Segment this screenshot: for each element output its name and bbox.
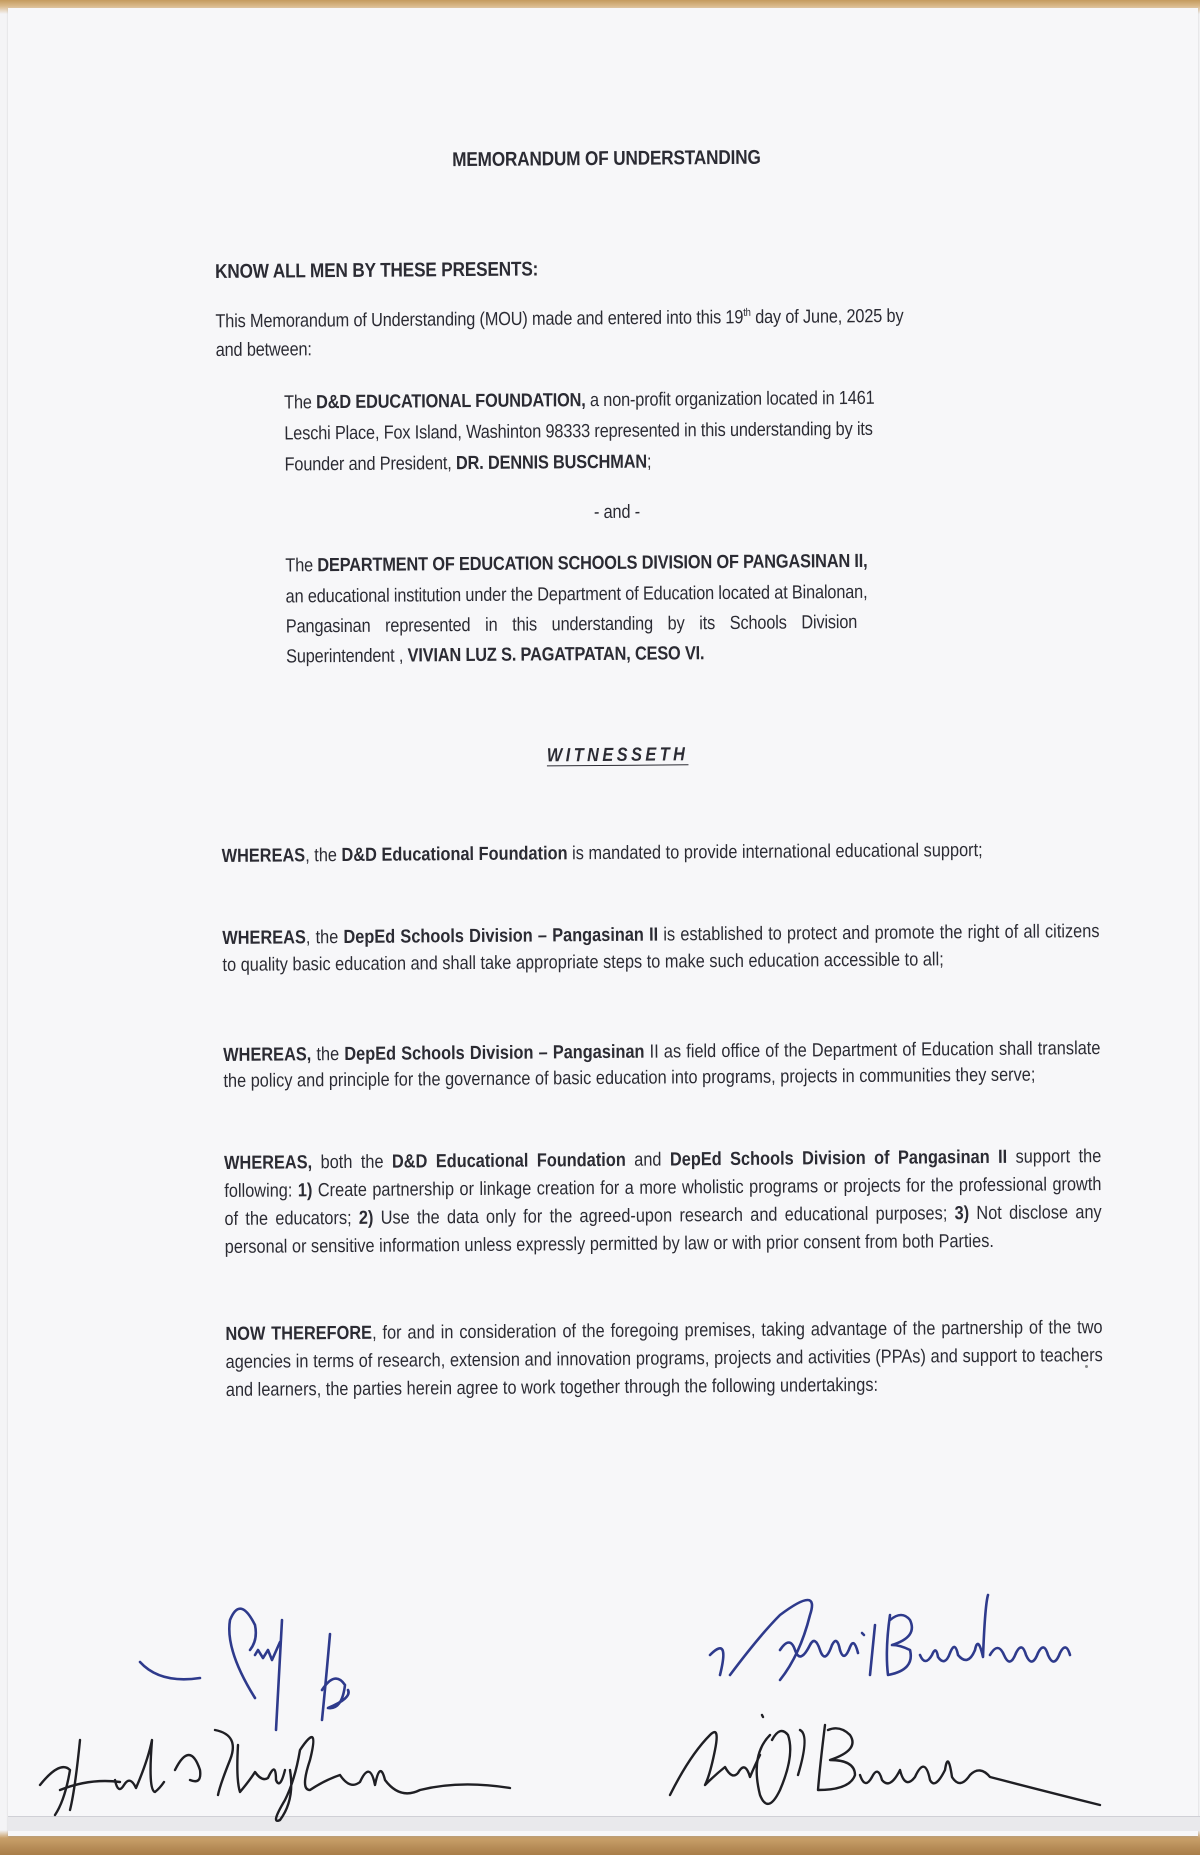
mou-document: MEMORANDUM OF UNDERSTANDING KNOW ALL MEN… bbox=[0, 0, 1193, 5]
and-separator: - and - bbox=[594, 502, 640, 524]
signature-bottom-left bbox=[40, 1700, 560, 1825]
party1-desc: a non-profit organization located in 146… bbox=[586, 388, 875, 411]
party1-role: Founder and President, bbox=[284, 453, 456, 475]
whereas-entity: D&D Educational Foundation bbox=[341, 843, 567, 866]
document-title: MEMORANDUM OF UNDERSTANDING bbox=[452, 147, 761, 172]
whereas-text: and bbox=[626, 1149, 670, 1170]
whereas-clause-3: WHEREAS, the DepEd Schools Division – Pa… bbox=[223, 1035, 1200, 1095]
party1-line-1: The D&D EDUCATIONAL FOUNDATION, a non-pr… bbox=[284, 388, 875, 415]
now-therefore-clause: NOW THEREFORE, for and in consideration … bbox=[225, 1313, 1200, 1405]
whereas-lead: WHEREAS, bbox=[224, 1152, 312, 1174]
party1-name: D&D EDUCATIONAL FOUNDATION, bbox=[316, 390, 586, 413]
whereas-text: both the bbox=[312, 1152, 392, 1174]
item-number: 2) bbox=[359, 1208, 374, 1229]
party1-line-3: Founder and President, DR. DENNIS BUSCHM… bbox=[284, 452, 651, 477]
whereas-lead: WHEREAS bbox=[222, 845, 306, 867]
party2-line-2: an educational institution under the Dep… bbox=[286, 582, 868, 609]
item-number: 1) bbox=[298, 1180, 313, 1201]
party2-role: Superintendent , bbox=[286, 646, 408, 668]
party1-representative: DR. DENNIS BUSCHMAN bbox=[456, 452, 647, 474]
whereas-entity: DepEd Schools Division – Pangasinan bbox=[344, 1042, 644, 1065]
whereas-clause-4: WHEREAS, both the D&D Educational Founda… bbox=[224, 1142, 1200, 1262]
whereas-entity: D&D Educational Foundation bbox=[392, 1150, 626, 1173]
signature-scribble-icon bbox=[660, 1695, 1180, 1825]
preamble-heading: KNOW ALL MEN BY THESE PRESENTS: bbox=[215, 258, 538, 284]
signature-scribble-icon bbox=[40, 1700, 560, 1820]
whereas-clause-2: WHEREAS, the DepEd Schools Division – Pa… bbox=[222, 917, 1200, 979]
party1-prefix: The bbox=[284, 392, 316, 413]
party2-line-4: Superintendent , VIVIAN LUZ S. PAGATPATA… bbox=[286, 643, 704, 668]
whereas-entity: DepEd Schools Division – Pangasinan II bbox=[343, 925, 658, 948]
whereas-lead: WHEREAS, bbox=[223, 1044, 311, 1066]
speck bbox=[1085, 1365, 1088, 1368]
signature-scribble-icon bbox=[700, 1575, 1180, 1715]
now-therefore-lead: NOW THEREFORE bbox=[225, 1323, 372, 1345]
party2-representative: VIVIAN LUZ S. PAGATPATAN, CESO VI. bbox=[408, 643, 705, 666]
whereas-lead: WHEREAS bbox=[222, 927, 306, 949]
witnesseth-heading: WITNESSETH bbox=[547, 744, 689, 767]
party2-line-3: Pangasinan represented in this understan… bbox=[286, 612, 858, 638]
signature-bottom-right bbox=[660, 1695, 1180, 1830]
whereas-text: is mandated to provide international edu… bbox=[567, 840, 982, 864]
whereas-text: the bbox=[311, 1044, 344, 1065]
party1-line-2: Leschi Place, Fox Island, Washinton 9833… bbox=[284, 419, 873, 446]
item-text: Use the data only for the agreed-upon re… bbox=[373, 1203, 954, 1229]
intro-text: This Memorandum of Understanding (MOU) m… bbox=[215, 307, 743, 332]
whereas-entity: DepEd Schools Division of Pangasinan II bbox=[670, 1147, 1007, 1171]
party2-prefix: The bbox=[285, 555, 317, 576]
intro-line-2: and between: bbox=[216, 339, 312, 362]
party1-suffix: ; bbox=[647, 452, 652, 473]
item-number: 3) bbox=[954, 1203, 969, 1224]
party2-name: DEPARTMENT OF EDUCATION SCHOOLS DIVISION… bbox=[317, 551, 867, 576]
whereas-text: , the bbox=[306, 927, 344, 948]
whereas-text: , the bbox=[305, 845, 341, 866]
intro-text-after: day of June, 2025 by bbox=[751, 306, 904, 328]
party2-line-1: The DEPARTMENT OF EDUCATION SCHOOLS DIVI… bbox=[285, 551, 867, 578]
date-suffix: th bbox=[743, 307, 751, 319]
